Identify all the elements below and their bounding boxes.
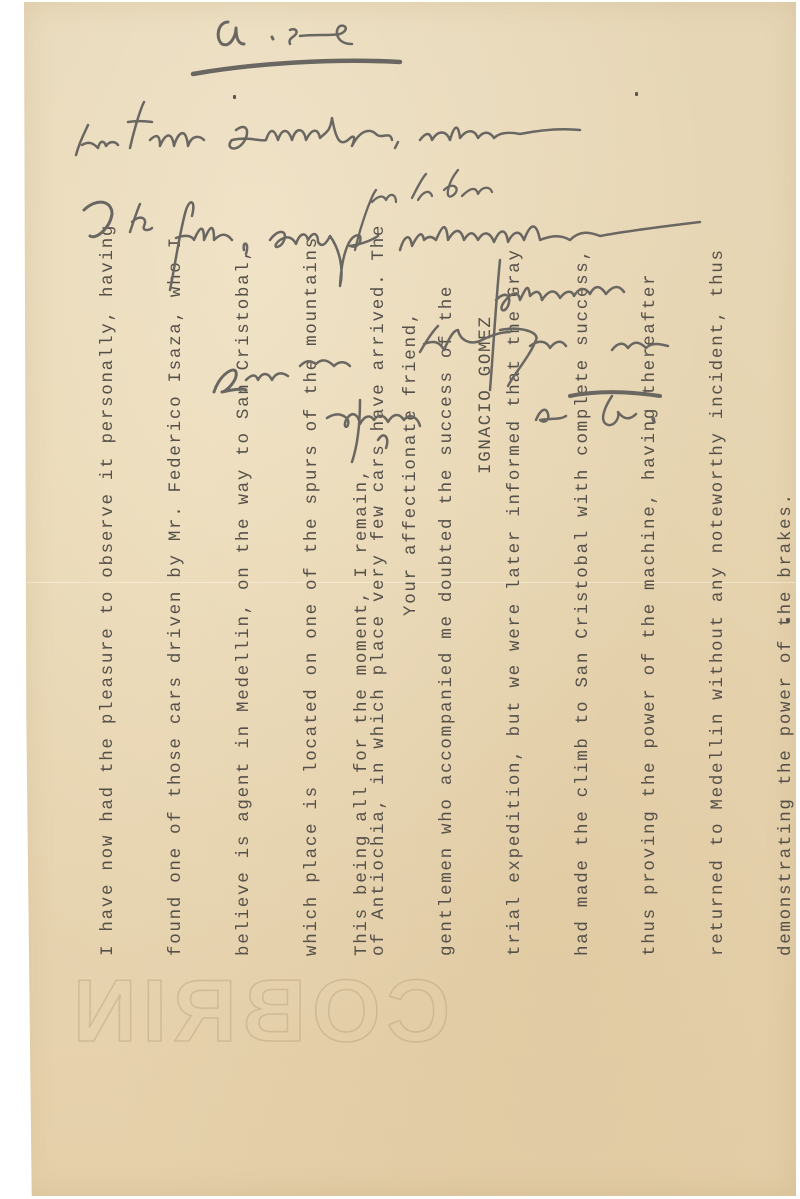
annotation-line-1 (76, 102, 580, 155)
paper-speck (635, 92, 638, 96)
annotation-line-6 (327, 392, 660, 462)
annotation-scribble (214, 370, 288, 392)
annotation-heading (193, 22, 400, 74)
paper-speck (786, 618, 789, 622)
pencil-annotations (0, 0, 800, 1199)
annotation-line-3 (84, 202, 700, 290)
annotation-line-5 (300, 326, 668, 386)
paper-speck (233, 95, 236, 99)
annotation-line-4 (490, 260, 624, 390)
